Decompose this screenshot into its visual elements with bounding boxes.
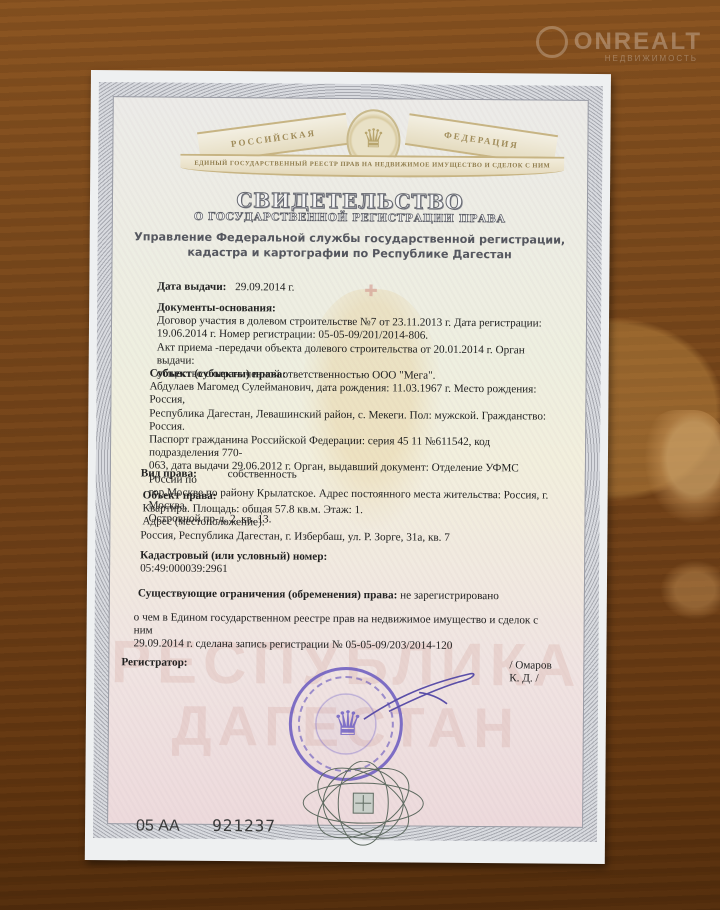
table-inlay-decoration	[640, 410, 720, 530]
subject-line: Абдулаев Магомед Сулейманович, дата рожд…	[149, 381, 555, 411]
watermark-subtitle: НЕДВИЖИМОСТЬ	[605, 54, 698, 63]
subject-line: Республика Дагестан, Левашинский район, …	[149, 407, 555, 437]
watermark-brand: ONREALT	[574, 28, 702, 56]
encumbrance: Существующие ограничения (обременения) п…	[138, 587, 554, 603]
encumbrance-label: Существующие ограничения (обременения) п…	[138, 587, 398, 601]
double-headed-eagle-icon: ♛	[360, 121, 386, 157]
registrar-signature	[359, 667, 479, 728]
right-type-value: собственность	[228, 468, 297, 481]
certificate-inner-field: РОССИЙСКАЯ ФЕДЕРАЦИЯ ♛ ЕДИНЫЙ ГОСУДАРСТВ…	[107, 96, 589, 828]
issue-date-value: 29.09.2014 г.	[235, 281, 294, 293]
documents-line: Акт приема -передачи объекта долевого ст…	[157, 341, 556, 371]
object-line: Россия, Республика Дагестан, г. Избербаш…	[140, 529, 554, 545]
right-type-label: Вид права:	[141, 467, 197, 479]
issuing-agency: Управление Федеральной службы государств…	[113, 229, 587, 263]
issue-date-label: Дата выдачи:	[157, 281, 226, 294]
object-section: Объект права: Квартира. Площадь: общая 5…	[142, 489, 554, 545]
registration-certificate: РОССИЙСКАЯ ФЕДЕРАЦИЯ ♛ ЕДИНЫЙ ГОСУДАРСТВ…	[85, 70, 611, 864]
registry-record: о чем в Едином государственном реестре п…	[133, 611, 553, 654]
encumbrance-value: не зарегистрировано	[400, 589, 499, 602]
security-rosette	[298, 761, 429, 852]
registrar-name: / Омаров К. Д. /	[509, 659, 553, 686]
cadastral-section: Кадастровый (или условный) номер: 05:49:…	[140, 549, 554, 579]
serial-number: 921237	[212, 816, 276, 836]
house-logo-icon	[536, 26, 568, 58]
serial-series: 05 АА	[136, 817, 180, 834]
registrar-label: Регистратор:	[121, 656, 187, 669]
cadastral-value: 05:49:000039:2961	[140, 563, 554, 579]
table-inlay-decoration	[660, 560, 720, 620]
ribbon-bottom-text: ЕДИНЫЙ ГОСУДАРСТВЕННЫЙ РЕЕСТР ПРАВ НА НЕ…	[180, 154, 564, 179]
subject-line: Паспорт гражданина Российской Федерации:…	[149, 433, 555, 463]
certificate-serial: 05 АА 921237	[136, 815, 276, 836]
site-watermark-logo: ONREALT НЕДВИЖИМОСТЬ	[536, 26, 702, 58]
issue-date: Дата выдачи: 29.09.2014 г.	[157, 281, 556, 297]
certificate-subtitle: О ГОСУДАРСТВЕННОЙ РЕГИСТРАЦИИ ПРАВА	[113, 210, 587, 226]
record-line: о чем в Едином государственном реестре п…	[134, 611, 554, 641]
header-banner: РОССИЙСКАЯ ФЕДЕРАЦИЯ ♛ ЕДИНЫЙ ГОСУДАРСТВ…	[168, 108, 575, 181]
